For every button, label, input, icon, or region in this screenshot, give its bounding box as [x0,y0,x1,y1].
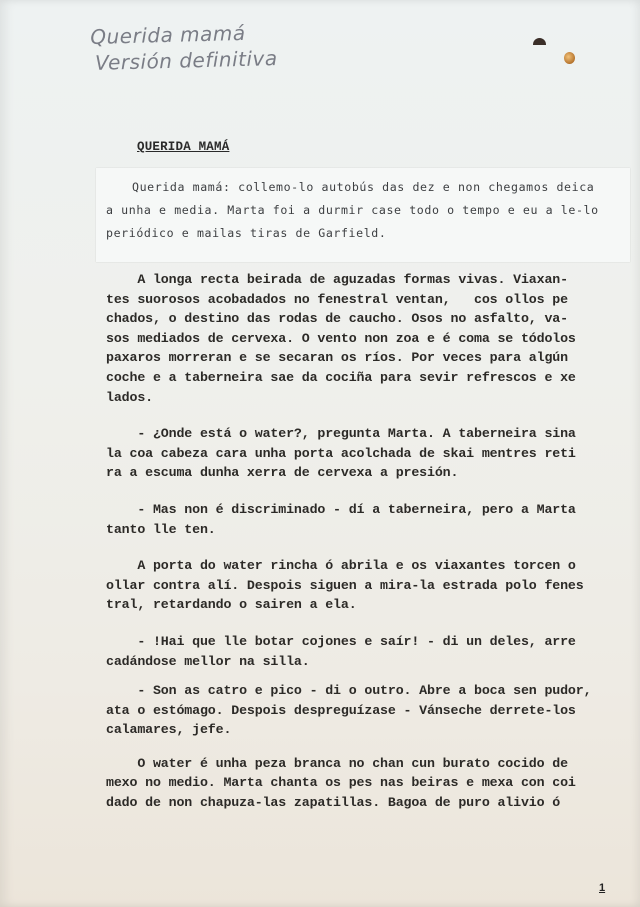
text-line: - Mas non é discriminado - dí a tabernei… [106,500,596,520]
punch-hole-mark [533,38,546,45]
pasted-line: Querida mamá: collemo-lo autobús das dez… [106,176,630,199]
text-line: - !Hai que lle botar cojones e saír! - d… [106,632,596,652]
paragraph: - !Hai que lle botar cojones e saír! - d… [106,632,596,671]
text-line: lados. [106,388,596,408]
text-line: A longa recta beirada de aguzadas formas… [106,270,596,290]
text-line: ollar contra alí. Despois siguen a mira-… [106,576,596,596]
paragraph: A longa recta beirada de aguzadas formas… [106,270,596,407]
pasted-line: a unha e media. Marta foi a durmir case … [106,199,630,222]
text-line: dado de non chapuza-las zapatillas. Bago… [106,793,596,813]
typed-body: A longa recta beirada de aguzadas formas… [106,270,596,813]
pasted-insert-strip: Querida mamá: collemo-lo autobús das dez… [96,168,630,262]
text-line: mexo no medio. Marta chanta os pes nas b… [106,773,596,793]
paragraph: A porta do water rincha ó abrila e os vi… [106,556,596,615]
text-line: calamares, jefe. [106,720,596,740]
text-line: tes suorosos acobadados no fenestral ven… [106,290,596,310]
handwritten-line-2: Versión definitiva [91,45,278,76]
text-line: paxaros morreran e se secaran os ríos. P… [106,348,596,368]
text-line: sos mediados de cervexa. O vento non zoa… [106,329,596,349]
text-line: ata o estómago. Despois despreguízase - … [106,701,596,721]
text-line: ra a escuma dunha xerra de cervexa a pre… [106,463,596,483]
stain-mark [564,52,575,64]
text-line: la coa cabeza cara unha porta acolchada … [106,444,596,464]
page-number: 1 [599,882,605,894]
text-line: O water é unha peza branca no chan cun b… [106,754,596,774]
text-line: cadándose mellor na silla. [106,652,596,672]
text-line: A porta do water rincha ó abrila e os vi… [106,556,596,576]
text-line: chados, o destino das rodas de caucho. O… [106,309,596,329]
text-line: coche e a taberneira sae da cociña para … [106,368,596,388]
handwritten-note: Querida mamá Versión definitiva [90,19,278,76]
text-line: tanto lle ten. [106,520,596,540]
document-title: QUERIDA MAMÁ [137,140,229,154]
text-line: - ¿Onde está o water?, pregunta Marta. A… [106,424,596,444]
text-line: tral, retardando o sairen a ela. [106,595,596,615]
paragraph: O water é unha peza branca no chan cun b… [106,754,596,813]
paragraph: - Son as catro e pico - di o outro. Abre… [106,681,596,740]
text-line: - Son as catro e pico - di o outro. Abre… [106,681,596,701]
pasted-line: periódico e mailas tiras de Garfield. [106,222,630,245]
paragraph: - Mas non é discriminado - dí a tabernei… [106,500,596,539]
paragraph: - ¿Onde está o water?, pregunta Marta. A… [106,424,596,483]
